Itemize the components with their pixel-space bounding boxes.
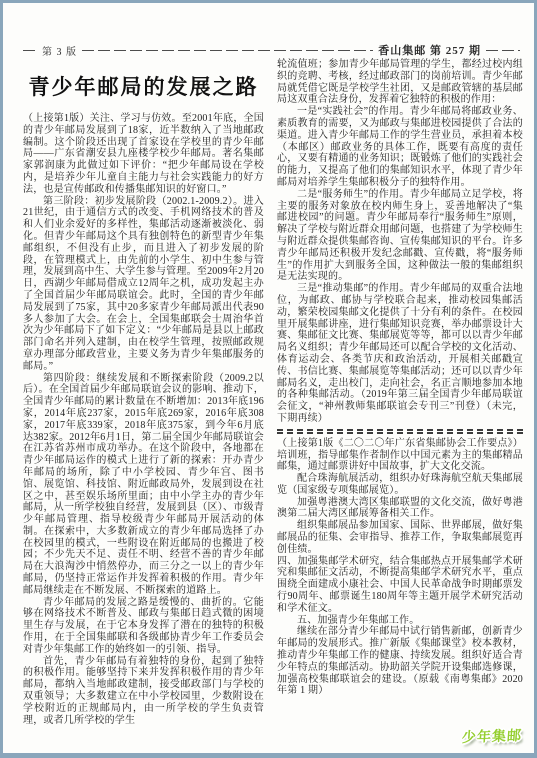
- page-header: 第 3 版 香山集邮 第 257 期: [23, 43, 520, 57]
- article1-paragraph: 三是“推动集邮”的作用。青少年邮局的双重合法地位，为邮政、邮协与学校联合起来，推…: [277, 283, 523, 425]
- article1-paragraph: （上接第1版）关注、学习与仿效。至2001年底，全国的青少年邮局发展到了18家，…: [23, 113, 264, 196]
- article2-paragraph: 五、加强青少年集邮工作。: [277, 615, 523, 627]
- edition-label: 第 3 版: [42, 43, 77, 58]
- article2-paragraph: 继续在部分青少年邮局中试行销售新邮，创新青少年邮局的发展形式。推广新版《集邮课堂…: [277, 626, 523, 697]
- article2-paragraph: 配合珠海航展活动，组织办好珠海航空航天集邮展览（国家级专项集邮展览）。: [277, 473, 523, 497]
- article2-paragraph: 组织集邮展品参加国家、国际、世界邮展，做好集邮展品的征集、会审指导、推荐工作，争…: [277, 520, 523, 555]
- article1-paragraph: 第三阶段：初步发展阶段（2002.1-2009.2）。进入21世纪，由于通信方式…: [23, 196, 264, 373]
- article1-paragraph: 第四阶段：继续发展和不断探索阶段（2009.2以后）。在全国首届少年邮局联谊会议…: [23, 373, 264, 597]
- article1-paragraph: 首先，青少年邮局有着独特的身份，起到了独特的积极作用。能够坚持下来并发挥积极作用…: [23, 656, 264, 727]
- masthead-label: 香山集邮 第 257 期: [378, 42, 481, 58]
- article1-paragraph: 二是“服务师生”的作用。青少年邮局立足学校，将主要的服务对象放在校内师生身上，妥…: [277, 189, 523, 283]
- left-column: 青少年邮局的发展之路 （上接第1版）关注、学习与仿效。至2001年底，全国的青少…: [23, 59, 264, 726]
- article1-paragraph: 轮流值班；参加青少年邮局管理的学生，都经过校内组织的竞聘、考核，经过邮政部门的岗…: [277, 59, 523, 106]
- article2-paragraph: 四、加强集邮学术研究，结合集邮热点开展集邮学术研究和集邮征文活动，不断提高集邮学…: [277, 556, 523, 615]
- newspaper-page: 第 3 版 香山集邮 第 257 期 青少年邮局的发展之路 （上接第1版）关注、…: [0, 0, 537, 758]
- header-dash-left: [23, 50, 39, 51]
- column-layout: 青少年邮局的发展之路 （上接第1版）关注、学习与仿效。至2001年底，全国的青少…: [23, 59, 520, 726]
- youth-philately-logo: 少年集邮: [461, 725, 523, 747]
- article1-paragraph: 一是“实践社会”的作用。青少年邮局将邮政业务、素质教育的需要，又为邮政与集邮进校…: [277, 106, 523, 189]
- article1-paragraph: 青少年邮局的发展之路是缓慢的、曲折的。它能够在网络技术不断普及、邮政与集邮日趋式…: [23, 597, 264, 656]
- right-column: 轮流值班；参加青少年邮局管理的学生，都经过校内组织的竞聘、考核，经过邮政部门的岗…: [277, 59, 523, 726]
- header-dash-right: [486, 50, 520, 51]
- article-title: 青少年邮局的发展之路: [23, 71, 264, 101]
- article-divider: [277, 429, 523, 434]
- article2-paragraph: （上接第1版《二〇二〇年广东省集邮协会工作要点》）培训班，指导邮集作者制作以中国…: [277, 438, 523, 473]
- article2-paragraph: 加强粤港澳大湾区集邮联盟的文化交流，做好粤港澳第二届大湾区邮展筹备相关工作。: [277, 497, 523, 521]
- header-rule: [82, 50, 373, 51]
